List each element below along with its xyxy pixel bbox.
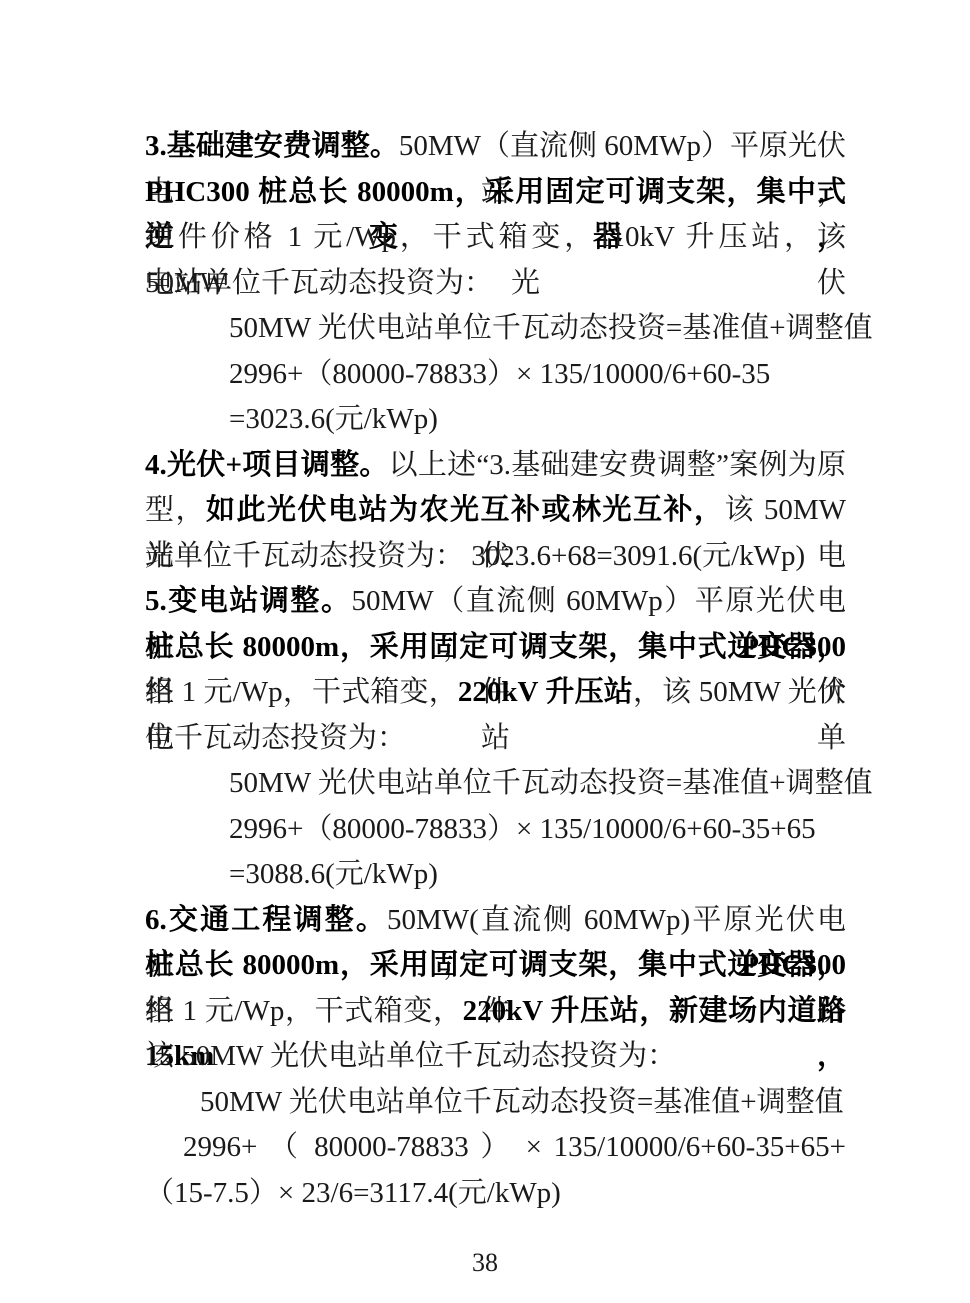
text-run: =3023.6(元/kWp) xyxy=(229,403,438,435)
section-3-title: 3.基础建安费调整。 xyxy=(145,130,399,162)
section-3-heading-line: 3.基础建安费调整。50MW（直流侧 60MWp）平原光伏电站， xyxy=(145,124,846,170)
formula-line: =3023.6(元/kWp) xyxy=(145,397,846,443)
body-line: 站单位千瓦动态投资为： 3023.6+68=3091.6(元/kWp) xyxy=(145,534,846,580)
text-run: 50MW 光伏电站单位千瓦动态投资=基准值+调整值 xyxy=(229,312,873,344)
formula-line: （15-7.5）× 23/6=3117.4(元/kWp) xyxy=(145,1171,846,1217)
formula-line: 50MW 光伏电站单位千瓦动态投资=基准值+调整值 xyxy=(145,306,846,352)
text-run: 50MW 光伏电站单位千瓦动态投资=基准值+调整值 xyxy=(229,767,873,799)
text-run: 2996+（80000-78833）× 135/10000/6+60-35+65 xyxy=(229,813,816,845)
formula-line: 50MW 光伏电站单位千瓦动态投资=基准值+调整值 xyxy=(145,761,846,807)
formula-line: 2996+（80000-78833）× 135/10000/6+60-35+65 xyxy=(145,807,846,853)
text-run: 该 50MW 光伏电站单位千瓦动态投资为： xyxy=(145,1040,676,1072)
text-run: 桩总长 80000m，采用固定可调支架，集中式逆变器， xyxy=(145,949,846,981)
body-line: 格 1 元/Wp，干式箱变，220kV 升压站，该 50MW 光伏电站单 xyxy=(145,670,846,716)
text-run: 站单位千瓦动态投资为： 3023.6+68=3091.6(元/kWp) xyxy=(145,540,805,572)
text-run: 以上述“3.基础建安费调整”案例为原 xyxy=(389,449,846,481)
section-6-title: 6.交通工程调整。 xyxy=(145,904,387,936)
text-run: =3088.6(元/kWp) xyxy=(229,858,438,890)
text-run: 位千瓦动态投资为： xyxy=(145,722,406,754)
formula-line: 2996+ （ 80000-78833 ） × 135/10000/6+60-3… xyxy=(145,1125,846,1171)
section-4-title: 4.光伏+项目调整。 xyxy=(145,449,389,481)
body-line: 格 1 元/Wp，干式箱变，220kV 升压站，新建场内道路 15km， xyxy=(145,989,846,1035)
text-run: 型， xyxy=(145,494,206,526)
body-line: PHC300 桩总长 80000m，采用固定可调支架，集中式逆变器， xyxy=(145,170,846,216)
text-run: 桩总长 80000m，采用固定可调支架，集中式逆变器， xyxy=(145,631,846,663)
text-run: 电站单位千瓦动态投资为： xyxy=(145,267,493,299)
formula-line: 2996+（80000-78833）× 135/10000/6+60-35 xyxy=(145,352,846,398)
body-line: 桩总长 80000m，采用固定可调支架，集中式逆变器，组件价 xyxy=(145,943,846,989)
section-4-heading-line: 4.光伏+项目调整。以上述“3.基础建安费调整”案例为原 xyxy=(145,443,846,489)
section-5-title: 5.变电站调整。 xyxy=(145,585,352,617)
section-6-heading-line: 6.交通工程调整。50MW(直流侧 60MWp)平原光伏电站，PHC300 xyxy=(145,898,846,944)
text-run: 50MW 光伏电站单位千瓦动态投资=基准值+调整值 xyxy=(200,1086,844,1118)
document-page: 3.基础建安费调整。50MW（直流侧 60MWp）平原光伏电站， PHC300 … xyxy=(0,0,970,1303)
document-body: 3.基础建安费调整。50MW（直流侧 60MWp）平原光伏电站， PHC300 … xyxy=(145,124,846,1216)
body-line: 型，如此光伏电站为农光互补或林光互补，该 50MW 光伏电 xyxy=(145,488,846,534)
text-run: 2996+（80000-78833）× 135/10000/6+60-35 xyxy=(229,358,770,390)
text-run: 格 1 元/Wp，干式箱变， xyxy=(145,676,458,708)
text-run: 2996+ （ 80000-78833 ） × 135/10000/6+60-3… xyxy=(183,1131,846,1163)
section-5-heading-line: 5.变电站调整。50MW（直流侧 60MWp）平原光伏电站，PHC300 xyxy=(145,579,846,625)
body-line: 组件价格 1 元/Wp，干式箱变，110kV 升压站，该 50MW 光伏 xyxy=(145,215,846,261)
formula-line: =3088.6(元/kWp) xyxy=(145,852,846,898)
body-line: 桩总长 80000m，采用固定可调支架，集中式逆变器，组件价 xyxy=(145,625,846,671)
text-run: （15-7.5）× 23/6=3117.4(元/kWp) xyxy=(145,1177,561,1209)
text-run: 220kV 升压站 xyxy=(458,676,633,708)
text-run: 如此光伏电站为农光互补或林光互补， xyxy=(206,494,725,526)
page-number: 38 xyxy=(0,1248,970,1278)
formula-line: 50MW 光伏电站单位千瓦动态投资=基准值+调整值 xyxy=(145,1080,846,1126)
text-run: 格 1 元/Wp，干式箱变， xyxy=(145,995,463,1027)
